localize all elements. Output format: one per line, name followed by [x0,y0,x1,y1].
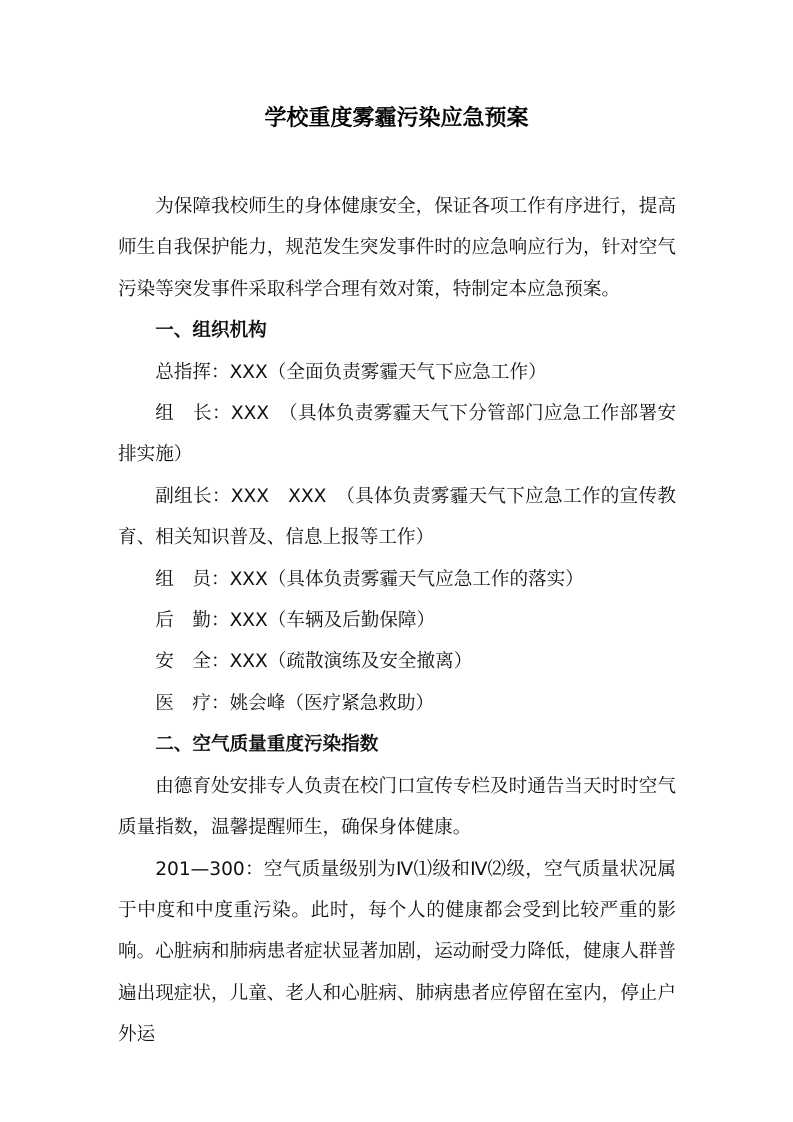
role-medical: 医 疗：姚会峰（医疗紧急救助） [118,683,676,724]
role-logistics: 后 勤：XXX（车辆及后勤保障） [118,600,676,641]
section-heading-air-quality: 二、空气质量重度污染指数 [118,724,676,765]
role-commander: 总指挥：XXX（全面负责雾霾天气下应急工作） [118,352,676,393]
document-body: 为保障我校师生的身体健康安全，保证各项工作有序进行，提高师生自我保护能力，规范发… [118,186,676,1056]
role-leader: 组 长：XXX （具体负责雾霾天气下分管部门应急工作部署安排实施） [118,393,676,476]
intro-paragraph: 为保障我校师生的身体健康安全，保证各项工作有序进行，提高师生自我保护能力，规范发… [118,186,676,310]
role-deputy-leader: 副组长：XXX XXX （具体负责雾霾天气下应急工作的宣传教育、相关知识普及、信… [118,476,676,559]
role-safety: 安 全：XXX（疏散演练及安全撤离） [118,641,676,682]
air-quality-notice-paragraph: 由德育处安排专人负责在校门口宣传专栏及时通告当天时时空气质量指数，温馨提醒师生，… [118,766,676,849]
aqi-201-300-paragraph: 201—300：空气质量级别为Ⅳ⑴级和Ⅳ⑵级，空气质量状况属于中度和中度重污染。… [118,849,676,1056]
role-member: 组 员：XXX（具体负责雾霾天气应急工作的落实） [118,559,676,600]
section-heading-organization: 一、组织机构 [118,310,676,351]
document-page: 学校重度雾霾污染应急预案 为保障我校师生的身体健康安全，保证各项工作有序进行，提… [0,0,793,1122]
document-title: 学校重度雾霾污染应急预案 [0,104,793,134]
